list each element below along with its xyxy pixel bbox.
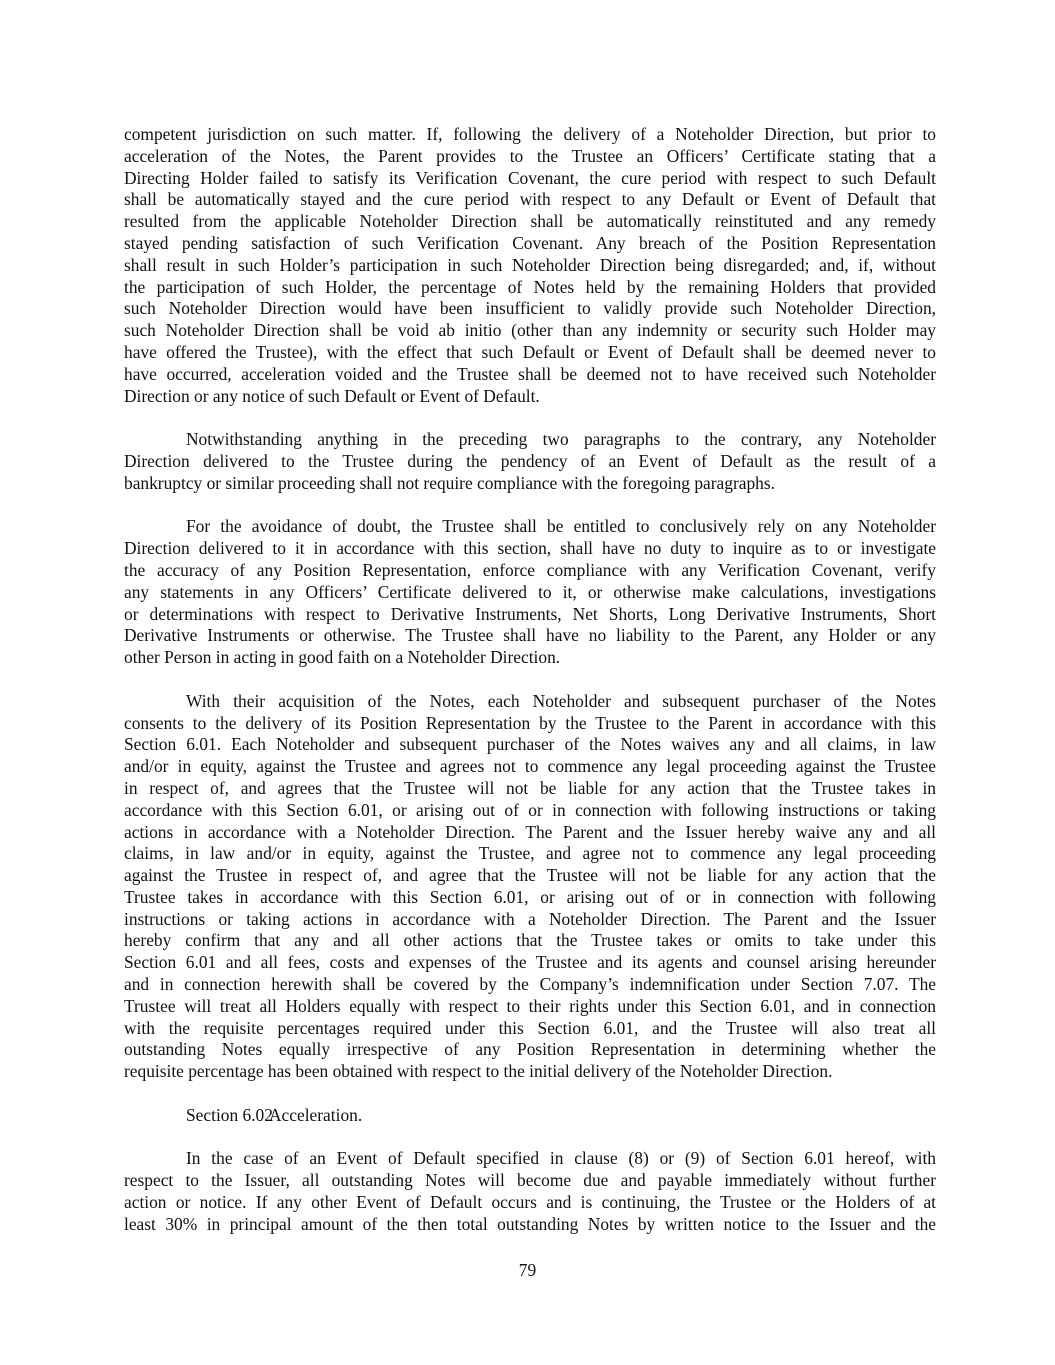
paragraph: With their acquisition of the Notes, eac… xyxy=(124,691,936,1083)
text-line: consents to the delivery of its Position… xyxy=(124,713,936,735)
text-line: shall result in such Holder’s participat… xyxy=(124,255,936,277)
text-line: requisite percentage has been obtained w… xyxy=(124,1061,936,1083)
text-line: claims, in law and/or in equity, against… xyxy=(124,843,936,865)
text-line: in respect of, and agrees that the Trust… xyxy=(124,778,936,800)
section-title: Acceleration. xyxy=(269,1105,362,1125)
document-body: competent jurisdiction on such matter. I… xyxy=(124,124,936,1083)
text-line: any statements in any Officers’ Certific… xyxy=(124,582,936,604)
section-heading: Section 6.02Acceleration. xyxy=(124,1105,936,1127)
text-line: have occurred, acceleration voided and t… xyxy=(124,364,936,386)
text-line: Section 6.01. Each Noteholder and subseq… xyxy=(124,734,936,756)
text-line: shall be automatically stayed and the cu… xyxy=(124,189,936,211)
text-line: against the Trustee in respect of, and a… xyxy=(124,865,936,887)
text-line: the accuracy of any Position Representat… xyxy=(124,560,936,582)
text-line: the participation of such Holder, the pe… xyxy=(124,277,936,299)
document-page: competent jurisdiction on such matter. I… xyxy=(124,124,936,1236)
text-line: instructions or taking actions in accord… xyxy=(124,909,936,931)
text-line: Notwithstanding anything in the precedin… xyxy=(124,429,936,451)
text-line: and/or in equity, against the Trustee an… xyxy=(124,756,936,778)
paragraph: competent jurisdiction on such matter. I… xyxy=(124,124,936,407)
page-number: 79 xyxy=(0,1260,1055,1281)
text-line: and in connection herewith shall be cove… xyxy=(124,974,936,996)
paragraph: For the avoidance of doubt, the Trustee … xyxy=(124,516,936,669)
section-number: Section 6.02 xyxy=(186,1105,269,1127)
text-line: competent jurisdiction on such matter. I… xyxy=(124,124,936,146)
text-line: other Person in acting in good faith on … xyxy=(124,647,936,669)
text-line: Trustee takes in accordance with this Se… xyxy=(124,887,936,909)
text-line: hereby confirm that any and all other ac… xyxy=(124,930,936,952)
text-line: action or notice. If any other Event of … xyxy=(124,1192,936,1214)
text-line: Direction delivered to it in accordance … xyxy=(124,538,936,560)
text-line: least 30% in principal amount of the the… xyxy=(124,1214,936,1236)
text-line: Direction delivered to the Trustee durin… xyxy=(124,451,936,473)
text-line: bankruptcy or similar proceeding shall n… xyxy=(124,473,936,495)
paragraph: Notwithstanding anything in the precedin… xyxy=(124,429,936,494)
text-line: Section 6.01 and all fees, costs and exp… xyxy=(124,952,936,974)
text-line: accordance with this Section 6.01, or ar… xyxy=(124,800,936,822)
text-line: such Noteholder Direction would have bee… xyxy=(124,298,936,320)
text-line: Trustee will treat all Holders equally w… xyxy=(124,996,936,1018)
text-line: actions in accordance with a Noteholder … xyxy=(124,822,936,844)
text-line: with the requisite percentages required … xyxy=(124,1018,936,1040)
paragraph-section-6-02: In the case of an Event of Default speci… xyxy=(124,1148,936,1235)
text-line: outstanding Notes equally irrespective o… xyxy=(124,1039,936,1061)
text-line: In the case of an Event of Default speci… xyxy=(124,1148,936,1170)
text-line: resulted from the applicable Noteholder … xyxy=(124,211,936,233)
text-line: such Noteholder Direction shall be void … xyxy=(124,320,936,342)
text-line: or determinations with respect to Deriva… xyxy=(124,604,936,626)
text-line: respect to the Issuer, all outstanding N… xyxy=(124,1170,936,1192)
text-line: have offered the Trustee), with the effe… xyxy=(124,342,936,364)
text-line: stayed pending satisfaction of such Veri… xyxy=(124,233,936,255)
text-line: Directing Holder failed to satisfy its V… xyxy=(124,168,936,190)
text-line: acceleration of the Notes, the Parent pr… xyxy=(124,146,936,168)
text-line: With their acquisition of the Notes, eac… xyxy=(124,691,936,713)
text-line: For the avoidance of doubt, the Trustee … xyxy=(124,516,936,538)
text-line: Derivative Instruments or otherwise. The… xyxy=(124,625,936,647)
text-line: Direction or any notice of such Default … xyxy=(124,386,936,408)
